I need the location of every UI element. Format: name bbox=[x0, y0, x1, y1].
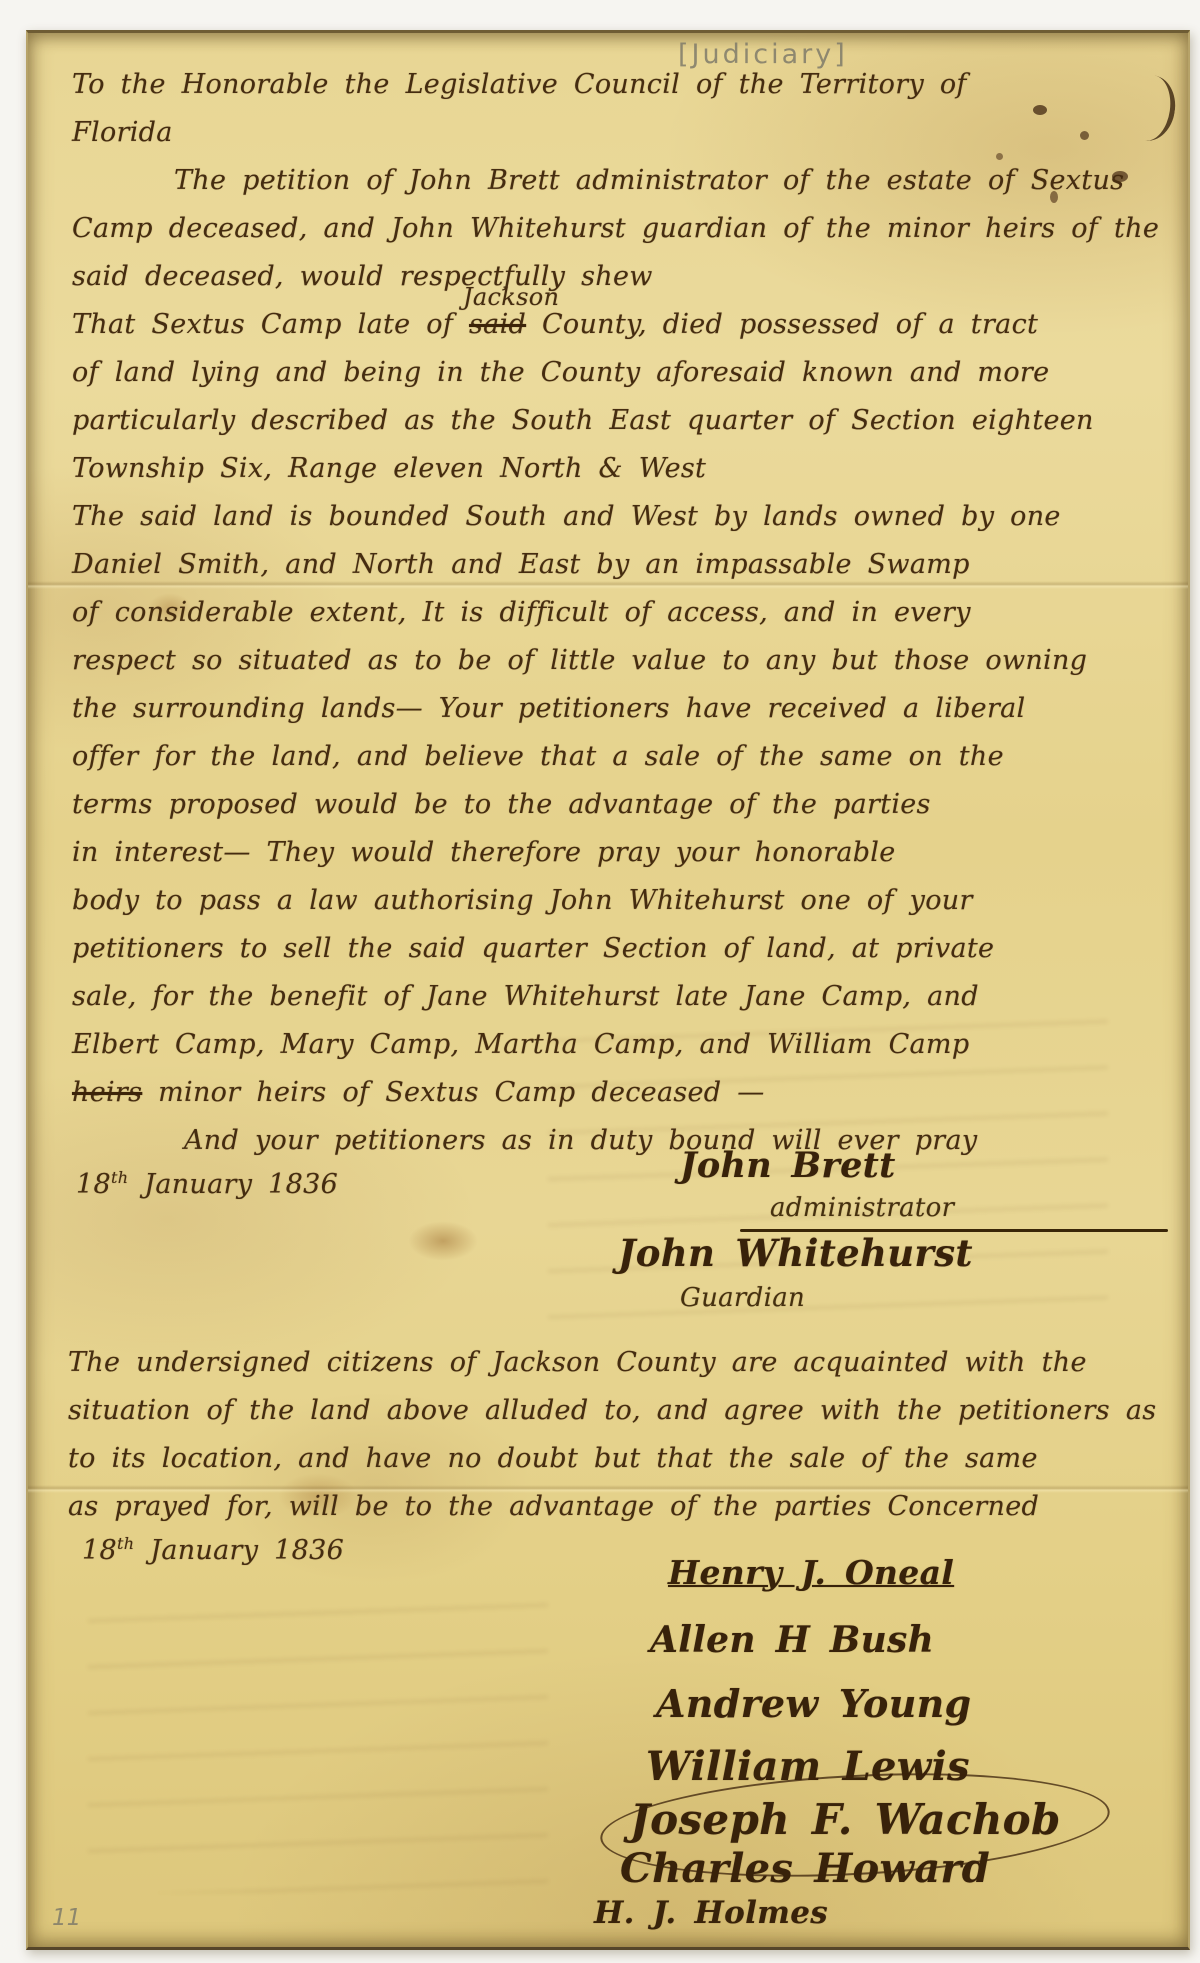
petition-line: respect so situated as to be of little v… bbox=[72, 637, 1162, 685]
petition-date: 18th January 1836 bbox=[76, 1169, 338, 1200]
endorsement-text-block: The undersigned citizens of Jackson Coun… bbox=[68, 1339, 1168, 1531]
endorsement-signature: Andrew Young bbox=[656, 1681, 971, 1726]
date-rest: January 1836 bbox=[128, 1169, 338, 1200]
petition-line: Township Six, Range eleven North & West bbox=[72, 445, 1162, 493]
manuscript-paper: [Judiciary] To the Honorable the Legisla… bbox=[26, 30, 1190, 1950]
ink-showthrough bbox=[88, 1593, 548, 1893]
petition-line: Elbert Camp, Mary Camp, Martha Camp, and… bbox=[72, 1021, 1162, 1069]
endorsement-line: as prayed for, will be to the advantage … bbox=[68, 1483, 1168, 1531]
petition-final-line: heirs minor heirs of Sextus Camp decease… bbox=[72, 1069, 1162, 1117]
correction-after: County, died possessed of a tract bbox=[526, 309, 1038, 340]
signature-name-john-whitehurst: John Whitehurst bbox=[618, 1231, 973, 1275]
petition-line: offer for the land, and believe that a s… bbox=[72, 733, 1162, 781]
signature-name-john-brett: John Brett bbox=[680, 1145, 896, 1186]
petition-line: of land lying and being in the County af… bbox=[72, 349, 1162, 397]
endorsement-signature: H. J. Holmes bbox=[594, 1895, 828, 1931]
endorsement-signature: Charles Howard bbox=[620, 1845, 990, 1892]
petition-line: body to pass a law authorising John Whit… bbox=[72, 877, 1162, 925]
petition-line: Camp deceased, and John Whitehurst guard… bbox=[72, 205, 1162, 253]
final-line-text: minor heirs of Sextus Camp deceased — bbox=[142, 1077, 764, 1108]
petition-line-with-correction: That Sextus Camp late of Jacksonsaid Cou… bbox=[72, 301, 1162, 349]
date-ordinal: th bbox=[111, 1168, 128, 1187]
inserted-word: Jackson bbox=[463, 273, 559, 321]
petition-closing-line: And your petitioners as in duty bound wi… bbox=[72, 1117, 1162, 1165]
petition-line: said deceased, would respectfully shew bbox=[72, 253, 1162, 301]
petition-line: Daniel Smith, and North and East by an i… bbox=[72, 541, 1162, 589]
signature-title-guardian: Guardian bbox=[680, 1283, 805, 1313]
petition-line: terms proposed would be to the advantage… bbox=[72, 781, 1162, 829]
endorsement-line: situation of the land above alluded to, … bbox=[68, 1387, 1168, 1435]
petition-line: the surrounding lands— Your petitioners … bbox=[72, 685, 1162, 733]
date-ordinal: th bbox=[117, 1534, 134, 1553]
endorsement-signature: Allen H Bush bbox=[650, 1619, 934, 1661]
petition-heading-line: Florida bbox=[72, 109, 1162, 157]
endorsement-line: to its location, and have no doubt but t… bbox=[68, 1435, 1168, 1483]
date-rest: January 1836 bbox=[134, 1535, 344, 1566]
petition-line: in interest— They would therefore pray y… bbox=[72, 829, 1162, 877]
endorsement-line: The undersigned citizens of Jackson Coun… bbox=[68, 1339, 1168, 1387]
petition-heading-line: To the Honorable the Legislative Council… bbox=[72, 61, 1162, 109]
petition-line: The said land is bounded South and West … bbox=[72, 493, 1162, 541]
petition-line: of considerable extent, It is difficult … bbox=[72, 589, 1162, 637]
correction-before: That Sextus Camp late of bbox=[72, 309, 469, 340]
petition-line: sale, for the benefit of Jane Whitehurst… bbox=[72, 973, 1162, 1021]
page-number-mark: 11 bbox=[52, 1905, 81, 1931]
petition-text-block: To the Honorable the Legislative Council… bbox=[72, 61, 1162, 1165]
signature-title-administrator: administrator bbox=[770, 1193, 954, 1223]
date-day: 18 bbox=[82, 1535, 117, 1566]
endorsement-signature: Henry J. Oneal bbox=[668, 1553, 954, 1592]
endorsement-signature: William Lewis bbox=[646, 1743, 970, 1790]
scanned-document-page: { "pencil_annotation": "[Judiciary]", "p… bbox=[0, 0, 1200, 1963]
struck-word: heirs bbox=[72, 1077, 142, 1108]
date-day: 18 bbox=[76, 1169, 111, 1200]
endorsement-signature: Joseph F. Wachob bbox=[630, 1795, 1061, 1844]
petition-line: particularly described as the South East… bbox=[72, 397, 1162, 445]
petition-line: The petition of John Brett administrator… bbox=[72, 157, 1162, 205]
paper-stain bbox=[408, 1221, 478, 1261]
endorsement-date: 18th January 1836 bbox=[82, 1535, 344, 1566]
petition-line: petitioners to sell the said quarter Sec… bbox=[72, 925, 1162, 973]
